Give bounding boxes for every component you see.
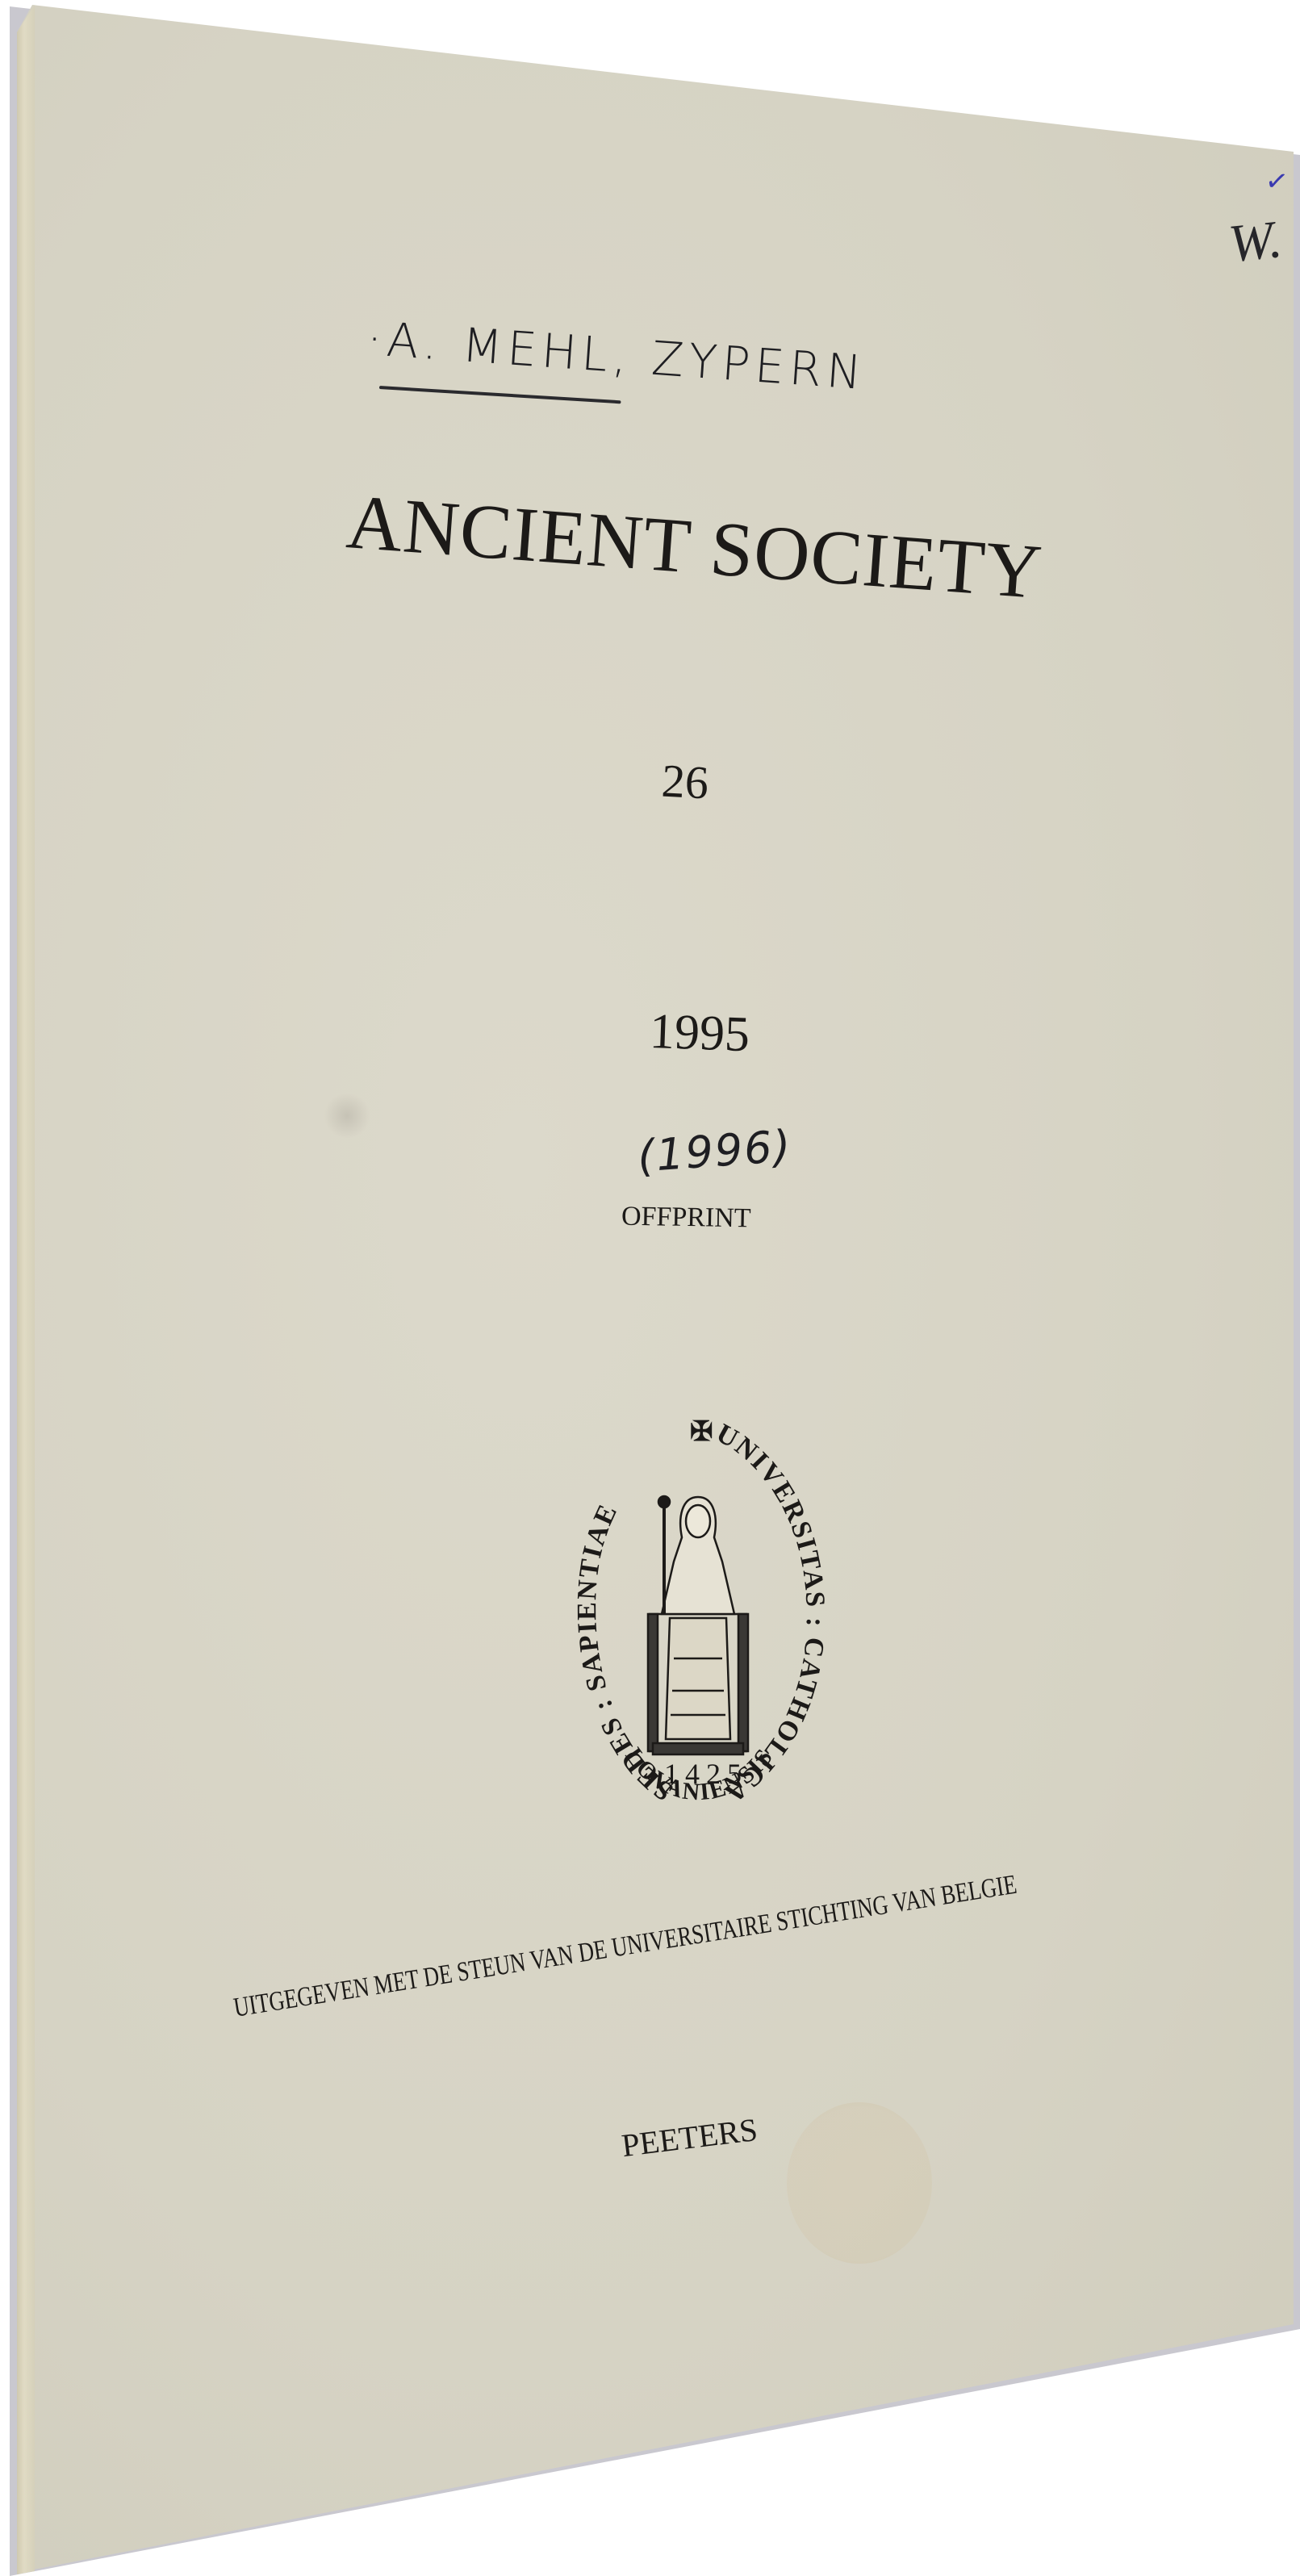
offprint-label: OFFPRINT [621,1202,751,1235]
checkmark-icon: ✓ [1263,164,1290,199]
handwritten-corner-mark: W. [1226,209,1285,275]
volume-number: 26 [660,754,709,810]
seal-year: 1425 [664,1758,748,1790]
handwritten-year-note: (1996) [636,1120,793,1181]
seal-cross: ✠ [690,1417,713,1447]
university-seal-icon: SEDES : SAPIENTIAE ✠ UNIVERSITAS : CATHO… [569,1416,827,1836]
publication-year: 1995 [649,1003,750,1064]
offprint-cover-page [0,0,1300,2576]
water-stain [787,2102,932,2264]
paper-smudge [323,1094,371,1138]
spine-edge [17,0,35,2576]
